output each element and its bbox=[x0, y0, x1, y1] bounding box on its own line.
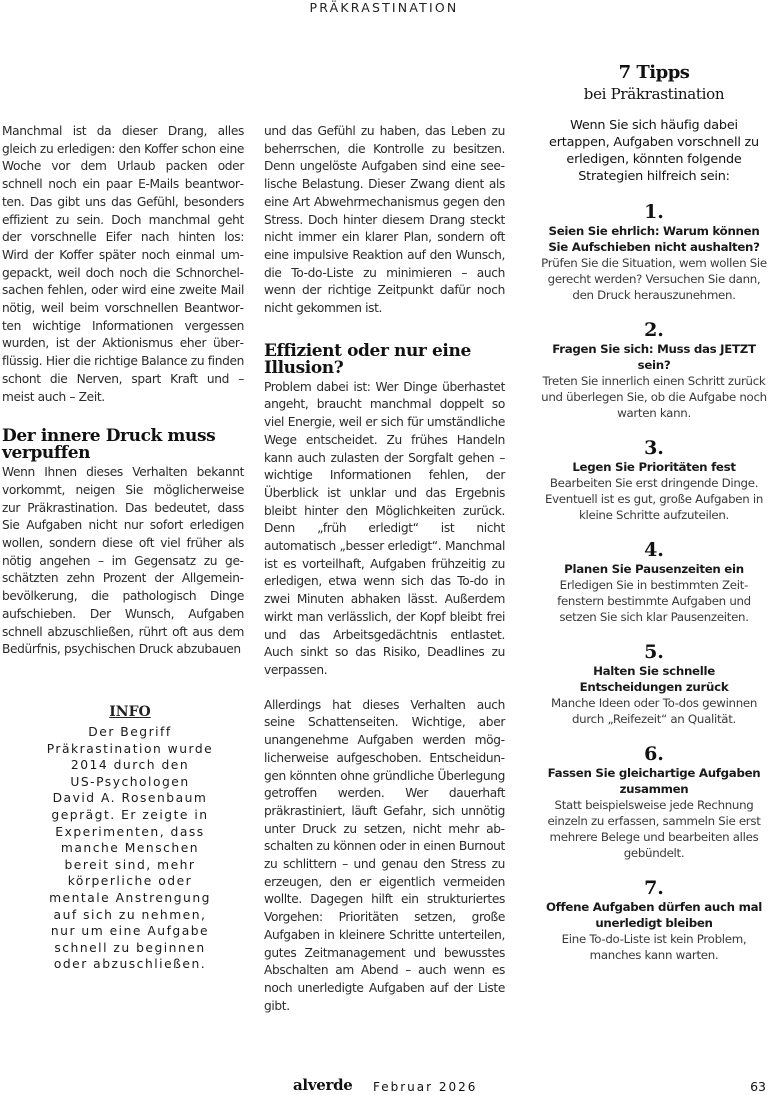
tip-item: 1. Seien Sie ehrlich: Warum können Sie A… bbox=[540, 202, 768, 303]
tip-body: Statt beispielsweise jede Rechnung einze… bbox=[540, 797, 768, 861]
tip-heading: Halten Sie schnelle Entscheidungen zurüc… bbox=[540, 663, 768, 695]
tip-number: 3. bbox=[540, 438, 768, 459]
tips-sidebar: 7 Tipps bei Präkrastination Wenn Sie sic… bbox=[540, 62, 768, 963]
tip-body: Treten Sie innerlich einen Schritt zurüc… bbox=[540, 373, 768, 421]
tip-item: 3. Legen Sie Prioritäten fest Bearbeiten… bbox=[540, 438, 768, 523]
info-line: auf sich zu nehmen, bbox=[30, 907, 230, 924]
section1-paragraph-col1: Wenn Ihnen dieses Verhalten bekannt vork… bbox=[2, 464, 244, 659]
tip-number: 2. bbox=[540, 320, 768, 341]
tip-heading: Fassen Sie gleichartige Aufgaben zusamme… bbox=[540, 765, 768, 797]
section-heading-inner-pressure: Der innere Druck muss verpuffen bbox=[2, 428, 244, 462]
intro-paragraph: Manchmal ist da dieser Drang, alles glei… bbox=[2, 123, 244, 406]
tip-heading: Legen Sie Prioritäten fest bbox=[540, 459, 768, 475]
info-line: mentale Anstrengung bbox=[30, 890, 230, 907]
section2-paragraph-1: Problem dabei ist: Wer Dinge überhas­tet… bbox=[264, 379, 505, 680]
tip-heading: Seien Sie ehrlich: Warum können Sie Aufs… bbox=[540, 223, 768, 255]
tip-heading: Offene Aufgaben dürfen auch mal unerledi… bbox=[540, 899, 768, 931]
info-line: 2014 durch den bbox=[30, 757, 230, 774]
tip-body: Erledigen Sie in bestimmten Zeit­fenster… bbox=[540, 577, 768, 625]
tips-intro: Wenn Sie sich häufig dabei ertappen, Auf… bbox=[540, 117, 768, 185]
info-line: Experimenten, dass bbox=[30, 824, 230, 841]
tip-item: 2. Fragen Sie sich: Muss das JETZT sein?… bbox=[540, 320, 768, 421]
article-column-1: Manchmal ist da dieser Drang, alles glei… bbox=[2, 123, 244, 659]
tip-item: 6. Fassen Sie gleichartige Aufgaben zusa… bbox=[540, 744, 768, 861]
tip-item: 7. Offene Aufgaben dürfen auch mal unerl… bbox=[540, 878, 768, 963]
info-line: David A. Rosenbaum bbox=[30, 790, 230, 807]
info-line: US-Psychologen bbox=[30, 774, 230, 791]
info-text: Der Begriff Präkrastination wurde 2014 d… bbox=[30, 724, 230, 973]
tip-heading: Planen Sie Pausenzeiten ein bbox=[540, 561, 768, 577]
tip-item: 5. Halten Sie schnelle Entscheidungen zu… bbox=[540, 642, 768, 727]
tip-number: 5. bbox=[540, 642, 768, 663]
issue-date: Februar 2026 bbox=[373, 1079, 477, 1095]
running-title: PRÄKRASTINATION bbox=[0, 0, 768, 16]
section2-paragraph-2: Allerdings hat dieses Verhalten auch sei… bbox=[264, 697, 505, 1016]
tip-number: 6. bbox=[540, 744, 768, 765]
info-line: schnell zu beginnen bbox=[30, 940, 230, 957]
tip-number: 4. bbox=[540, 540, 768, 561]
info-line: manche Menschen bbox=[30, 840, 230, 857]
tips-subtitle: bei Präkrastination bbox=[540, 84, 768, 104]
info-line: Der Begriff bbox=[30, 724, 230, 741]
info-line: nur um eine Aufgabe bbox=[30, 923, 230, 940]
tip-body: Manche Ideen oder To-dos gewin­nen durch… bbox=[540, 695, 768, 727]
section-heading-efficient-or-illusion: Effizient oder nur eine Illusion? bbox=[264, 343, 505, 377]
tip-body: Eine To-do-Liste ist kein Problem, manch… bbox=[540, 931, 768, 963]
info-box: INFO Der Begriff Präkrastination wurde 2… bbox=[30, 702, 230, 973]
info-line: Präkrastination wurde bbox=[30, 741, 230, 758]
tip-number: 7. bbox=[540, 878, 768, 899]
info-line: geprägt. Er zeigte in bbox=[30, 807, 230, 824]
info-line: körperliche oder bbox=[30, 873, 230, 890]
article-column-2: und das Gefühl zu haben, das Leben zu be… bbox=[264, 123, 505, 1015]
info-title: INFO bbox=[30, 702, 230, 722]
info-line: bereit sind, mehr bbox=[30, 857, 230, 874]
tip-body: Bearbeiten Sie erst dringende Dinge. Eve… bbox=[540, 475, 768, 523]
tip-body: Prüfen Sie die Situation, wem wollen Sie… bbox=[540, 255, 768, 303]
info-line: oder abzuschließen. bbox=[30, 956, 230, 973]
page-number: 63 bbox=[750, 1079, 766, 1095]
tips-title: 7 Tipps bbox=[540, 62, 768, 84]
tip-heading: Fragen Sie sich: Muss das JETZT sein? bbox=[540, 341, 768, 373]
section1-paragraph-col2: und das Gefühl zu haben, das Leben zu be… bbox=[264, 123, 505, 318]
tip-number: 1. bbox=[540, 202, 768, 223]
magazine-brand: alverde bbox=[293, 1076, 353, 1094]
tip-item: 4. Planen Sie Pausenzeiten ein Erledigen… bbox=[540, 540, 768, 625]
